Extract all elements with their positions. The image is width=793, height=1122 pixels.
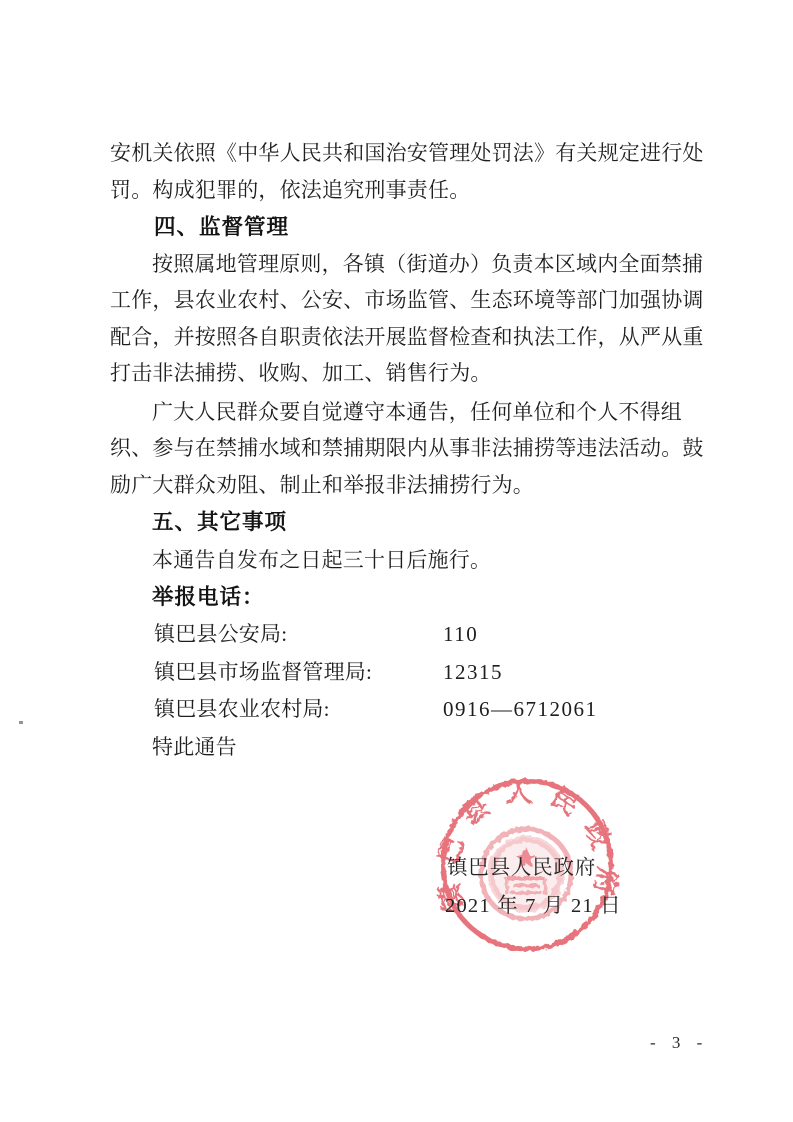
body-line: 打击非法捕捞、收购、加工、销售行为。 — [110, 362, 492, 385]
section-heading-other: 五、其它事项 — [152, 511, 287, 535]
body-line: 广大人民群众要自觉遵守本通告，任何单位和个人不得组 — [152, 401, 682, 424]
page-number: - 3 - — [650, 1033, 704, 1053]
hotline-number-agriculture: 0916—6712061 — [443, 698, 598, 721]
body-line: 工作，县农业农村、公安、市场监管、生态环境等部门加强协调 — [110, 289, 704, 312]
hotline-number-police: 110 — [443, 623, 478, 646]
hotline-label-market: 镇巴县市场监督管理局: — [154, 661, 372, 684]
signature-issuer: 镇巴县人民政府 — [447, 850, 596, 880]
section-heading-supervision: 四、监督管理 — [154, 216, 289, 240]
hotline-heading: 举报电话： — [152, 586, 265, 610]
hotline-label-police: 镇巴县公安局: — [154, 623, 287, 646]
body-line: 配合，并按照各自职责依法开展监督检查和执法工作，从严从重 — [110, 326, 704, 349]
body-line: 安机关依照《中华人民共和国治安管理处罚法》有关规定进行处 — [110, 142, 704, 165]
document-page: 安机关依照《中华人民共和国治安管理处罚法》有关规定进行处 罚。构成犯罪的，依法追… — [0, 0, 793, 1122]
body-line: 织、参与在禁捕水域和禁捕期限内从事非法捕捞等违法活动。鼓 — [110, 437, 704, 460]
hotline-number-market: 12315 — [443, 661, 503, 684]
body-line: 励广大群众劝阻、制止和举报非法捕捞行为。 — [110, 474, 534, 497]
body-line: 罚。构成犯罪的，依法追究刑事责任。 — [110, 179, 470, 202]
signature-date: 2021 年 7 月 21 日 — [445, 888, 622, 918]
closing-line: 特此通告 — [152, 736, 237, 759]
body-line: 按照属地管理原则，各镇（街道办）负责本区域内全面禁捕 — [152, 253, 703, 276]
effective-date-line: 本通告自发布之日起三十日后施行。 — [152, 549, 491, 572]
hotline-label-agriculture: 镇巴县农业农村局: — [154, 698, 330, 721]
scan-speck — [19, 721, 23, 724]
